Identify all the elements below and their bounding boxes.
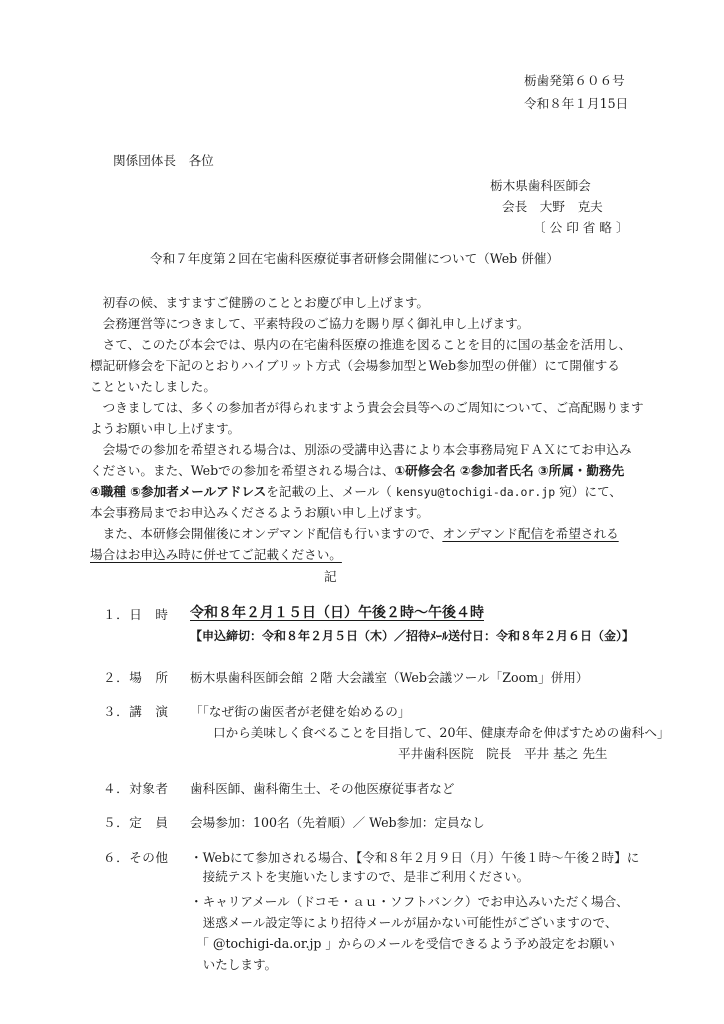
lecture-title-line-2: 口から美味しく食べることを目指して、20年、健康寿命を伸ばすための歯科へ」 bbox=[213, 722, 670, 741]
sender-organization: 栃木県歯科医師会 bbox=[490, 175, 591, 194]
sender-president: 会長 大野 克夫 bbox=[502, 196, 603, 215]
required-fields-list-continued: ④職種 ⑤参加者メールアドレス bbox=[90, 484, 266, 499]
contact-email-link[interactable]: kensyu@tochigi-da.or.jp bbox=[396, 485, 555, 499]
other-note-2-line-4: いたします。 bbox=[190, 954, 277, 973]
body-line-9: ください。また、Webでの参加を希望される場合は、①研修会名 ②参加者氏名 ③所… bbox=[90, 460, 624, 479]
addressee: 関係団体長 各位 bbox=[113, 150, 214, 169]
ki-heading: 記 bbox=[324, 566, 337, 585]
body-line-10: ④職種 ⑤参加者メールアドレスを記載の上、メール（ kensyu@tochigi… bbox=[90, 481, 622, 500]
body-line-8: 会場での参加を希望される場合は、別添の受講申込書により本会事務局宛ＦＡＸにてお申… bbox=[90, 439, 632, 458]
event-datetime: 令和８年２月１５日（日）午後２時～午後４時 bbox=[190, 602, 484, 622]
item-label-target: ４．対象者 bbox=[103, 778, 168, 797]
body-line-3: さて、このたび本会では、県内の在宅歯科医療の推進を図ることを目的に国の基金を活用… bbox=[90, 334, 631, 353]
item-label-venue: ２．場 所 bbox=[103, 667, 168, 686]
body-line-9-prefix: ください。また、Webでの参加を希望される場合は、 bbox=[90, 463, 395, 478]
body-line-5: ことといたしました。 bbox=[90, 376, 216, 395]
item-label-other: ６．その他 bbox=[103, 847, 168, 866]
body-line-12-prefix: また、本研修会開催後にオンデマンド配信も行いますので、 bbox=[90, 526, 442, 541]
item-label-lecture: ３．講 演 bbox=[103, 701, 168, 720]
body-line-2: 会務運営等につきまして、平素特段のご協力を賜り厚く御礼申し上げます。 bbox=[90, 313, 529, 332]
body-line-11: 本会事務局までお申込みくださるようお願い申し上げます。 bbox=[90, 502, 429, 521]
body-line-6: つきましては、多くの参加者が得られますよう貴会会員等へのご周知について、ご高配賜… bbox=[90, 397, 644, 416]
document-number: 栃歯発第６０６号 bbox=[524, 70, 625, 89]
body-line-4: 標記研修会を下記のとおりハイブリット方式（会場参加型とWeb参加型の併催）にて開… bbox=[90, 355, 620, 374]
body-line-1: 初春の候、ますますご健勝のこととお慶び申し上げます。 bbox=[90, 292, 429, 311]
document-title: 令和７年度第２回在宅歯科医療従事者研修会開催について（Web 併催） bbox=[150, 248, 559, 267]
other-note-1-line-1: ・Webにて参加される場合、【令和８年２月９日（月）午後１時～午後２時】に bbox=[190, 847, 639, 866]
body-line-10-mid: を記載の上、メール（ bbox=[266, 484, 396, 499]
item-label-capacity: ５．定 員 bbox=[103, 812, 168, 831]
event-venue: 栃木県歯科医師会館 ２階 大会議室（Web会議ツール「Zoom」併用） bbox=[190, 667, 588, 686]
on-demand-note: オンデマンド配信を希望される bbox=[442, 526, 618, 541]
body-line-7: ようお願い申し上げます。 bbox=[90, 418, 240, 437]
capacity: 会場参加：100名（先着順）／ Web参加：定員なし bbox=[190, 812, 485, 831]
target-audience: 歯科医師、歯科衛生士、その他医療従事者など bbox=[190, 778, 454, 797]
deadline-note: 【申込締切：令和８年２月５日（木）／招待ﾒｰﾙ送付日：令和８年２月６日（金）】 bbox=[190, 627, 634, 644]
item-label-datetime: １．日 時 bbox=[103, 604, 168, 623]
lecture-speaker: 平井歯科医院 院長 平井 基之 先生 bbox=[398, 743, 608, 762]
on-demand-note-continued: 場合はお申込み時に併せてご記載ください。 bbox=[90, 547, 342, 562]
other-note-2-line-3: 「 @tochigi-da.or.jp 」からのメールを受信できるよう予め設定を… bbox=[190, 933, 615, 952]
other-note-1-line-2: 接続テストを実施いたしますので、是非ご利用ください。 bbox=[190, 866, 529, 885]
other-note-2-line-1: ・キャリアメール（ドコモ・ａｕ・ソフトバンク）でお申込みいただく場合、 bbox=[190, 891, 629, 910]
other-note-2-line-2: 迷惑メール設定等により招待メールが届かない可能性がございますので、 bbox=[190, 912, 617, 931]
body-line-13: 場合はお申込み時に併せてご記載ください。 bbox=[90, 544, 342, 563]
required-fields-list: ①研修会名 ②参加者氏名 ③所属・勤務先 bbox=[395, 463, 625, 478]
body-line-12: また、本研修会開催後にオンデマンド配信も行いますので、オンデマンド配信を希望され… bbox=[90, 523, 619, 542]
document-date: 令和８年１月15日 bbox=[524, 93, 628, 112]
lecture-title-line-1: 「「なぜ街の歯医者が老健を始めるの」 bbox=[190, 701, 410, 720]
seal-omitted-note: 〔 公 印 省 略 〕 bbox=[533, 217, 629, 236]
body-line-10-suffix: 宛）にて、 bbox=[555, 484, 622, 499]
